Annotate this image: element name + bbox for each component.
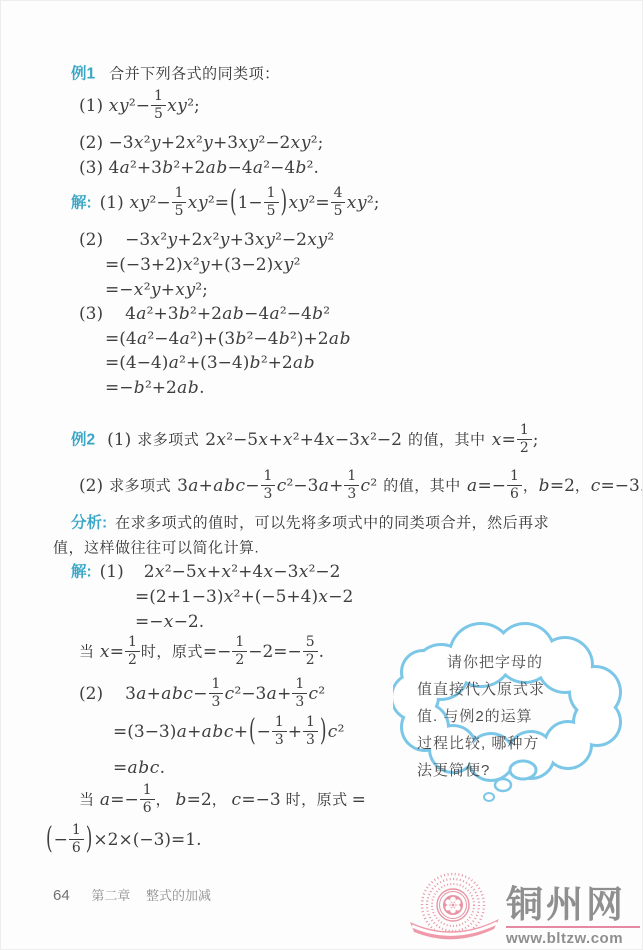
bubble-line: 法更简便? bbox=[417, 757, 607, 784]
page-number: 64 bbox=[53, 887, 70, 904]
math-line: (2)求多项式3a+abc−13c²−3a+13c²的值，其中a=−16，b=2… bbox=[79, 468, 643, 504]
bubble-line: 请你把字母的 bbox=[417, 649, 607, 676]
math-line: (−16)×2×(−3)=1. bbox=[45, 822, 202, 858]
math-line: =−b²+2ab. bbox=[105, 370, 204, 406]
chapter-label: 第二章 bbox=[91, 888, 130, 903]
math-line: =abc. bbox=[113, 750, 165, 786]
seal-logo-icon bbox=[407, 872, 502, 947]
watermark-site-name: 铜州网 bbox=[506, 886, 626, 923]
site-watermark: 铜州网 www.bltzw.com bbox=[407, 872, 640, 947]
page-footer: 64 第二章 整式的加减 bbox=[53, 885, 211, 904]
math-line: (1) xy²−15xy²; bbox=[79, 88, 200, 124]
thought-bubble: 请你把字母的 值直接代入原式求 值. 与例2的运算 过程比较, 哪种方 法更简便… bbox=[393, 617, 638, 817]
bubble-line: 值直接代入原式求 bbox=[417, 676, 607, 703]
math-line: =(3−3)a+abc+(−13+13)c² bbox=[113, 714, 344, 750]
bubble-text: 请你把字母的 值直接代入原式求 值. 与例2的运算 过程比较, 哪种方 法更简便… bbox=[417, 649, 607, 784]
math-line: 当a=−16，b=2，c=−3时，原式= bbox=[79, 782, 366, 818]
math-line: 解:(1) xy²−15xy²=(1−15)xy²=45xy²; bbox=[71, 185, 379, 221]
math-line: (2)3a+abc−13c²−3a+13c² bbox=[79, 676, 325, 712]
bubble-line: 过程比较, 哪种方 bbox=[417, 730, 607, 757]
math-line: 例2(1)求多项式2x²−5x+x²+4x−3x²−2的值，其中x=12; bbox=[71, 422, 539, 458]
watermark-url: www.bltzw.com bbox=[506, 930, 623, 947]
watermark-divider bbox=[506, 926, 640, 928]
textbook-page: 例1合并下列各式的同类项：(1) xy²−15xy²;(2) −3x²y+2x²… bbox=[0, 0, 643, 950]
math-line: 当x=12时，原式=−12−2=−52. bbox=[79, 634, 324, 670]
bubble-line: 值. 与例2的运算 bbox=[417, 703, 607, 730]
math-line: 例1合并下列各式的同类项： bbox=[71, 56, 280, 92]
section-title: 整式的加减 bbox=[146, 888, 211, 903]
